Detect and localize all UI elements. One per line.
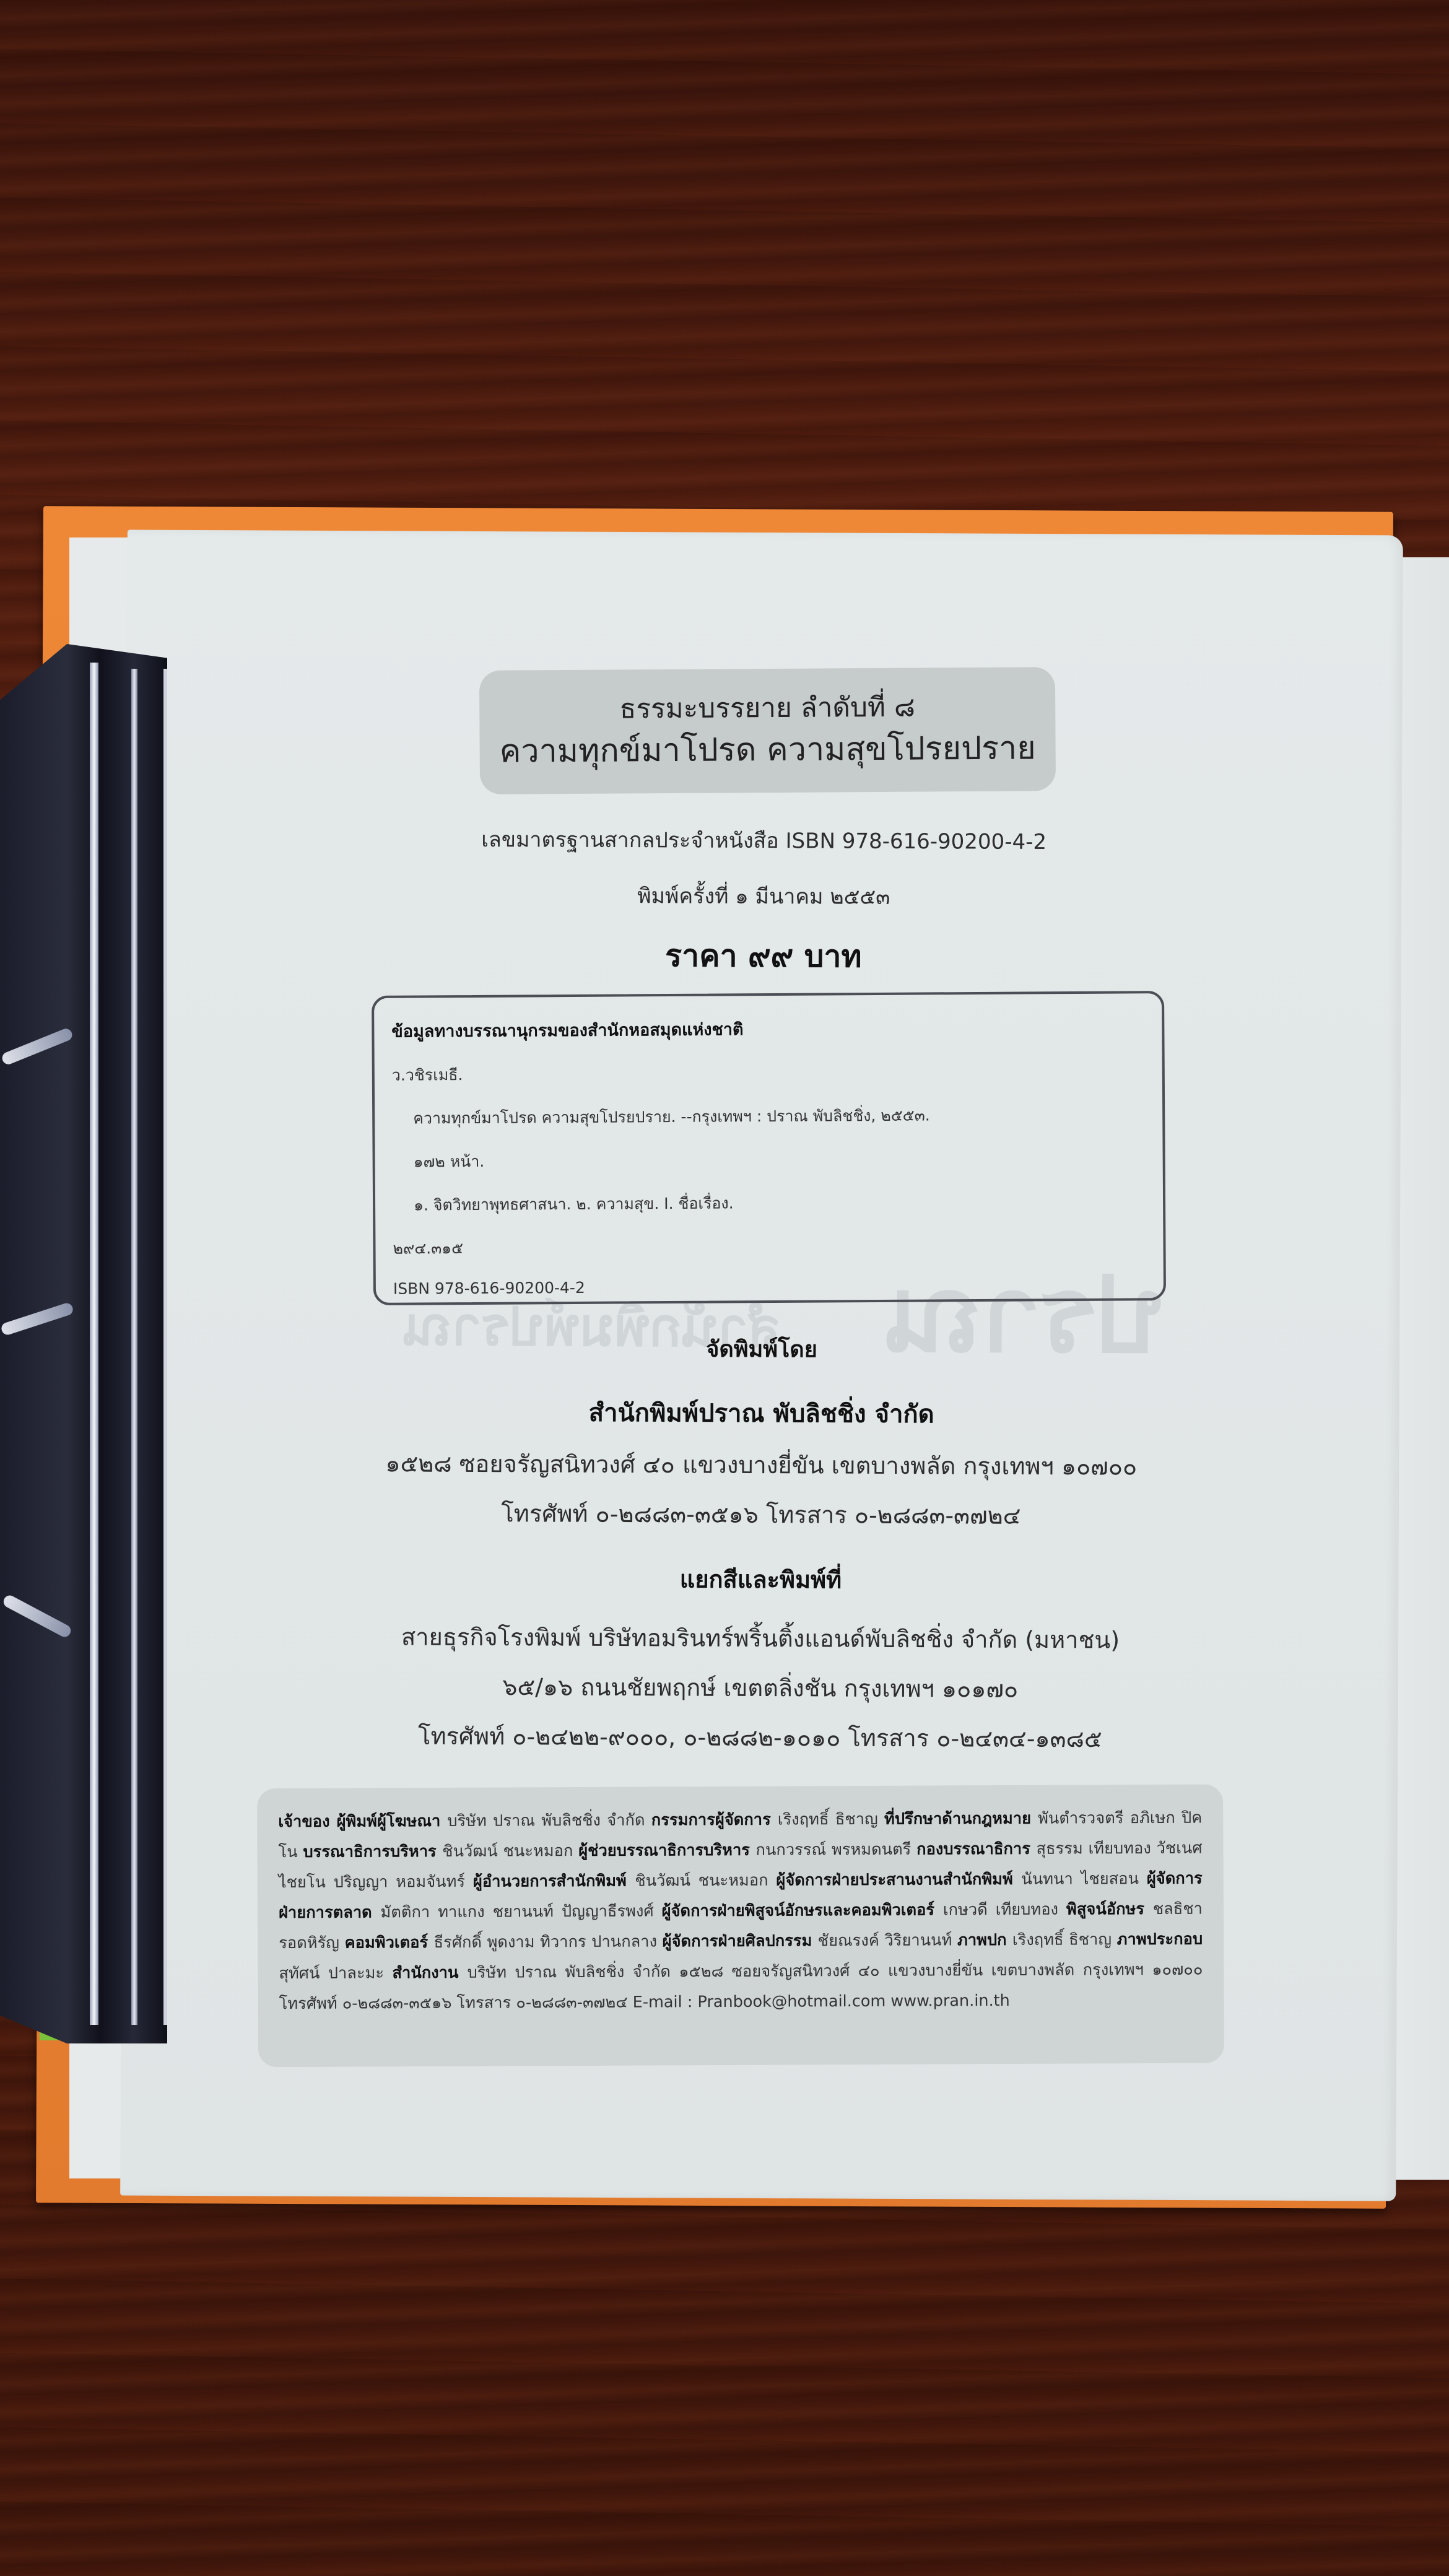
cip-classification: ๒๙๔.๓๑๕	[393, 1232, 1146, 1261]
credit-name: สุทัศน์ ปาละมะ	[279, 1964, 392, 1983]
printer-phone: โทรศัพท์ ๐-๒๔๒๒-๙๐๐๐, ๐-๒๘๘๒-๑๐๑๐ โทรสาร…	[122, 1716, 1398, 1759]
credit-name: มัตติกา ทาแกง ชยานนท์ ปัญญาธีรพงศ์	[380, 1902, 661, 1921]
credit-role: สำนักงาน	[392, 1964, 467, 1983]
cip-isbn: ISBN 978-616-90200-4-2	[393, 1275, 1146, 1297]
credit-name: เริงฤทธิ์ ธิชาญ	[778, 1810, 884, 1829]
book-title: ความทุกข์มาโปรด ความสุขโปรยปราย	[499, 726, 1036, 773]
credits-list: เจ้าของ ผู้พิมพ์ผู้โฆษณา บริษัท ปราณ พับ…	[278, 1809, 1203, 1983]
credit-role: คอมพิวเตอร์	[344, 1933, 433, 1952]
credit-name: ชินวัฒน์ ชนะหมอก	[635, 1871, 776, 1891]
credit-role: เจ้าของ ผู้พิมพ์ผู้โฆษณา	[278, 1812, 447, 1831]
credit-role: บรรณาธิการบริหาร	[303, 1842, 442, 1861]
clip-body	[0, 644, 167, 2043]
credit-role: ภาพประกอบ	[1117, 1930, 1203, 1949]
cip-title: ข้อมูลทางบรรณานุกรมของสำนักหอสมุดแห่งชาต…	[391, 1013, 1144, 1044]
credit-name: นันทนา ไชยสอน	[1021, 1869, 1147, 1889]
credit-name: บริษัท ปราณ พับลิชชิ่ง จำกัด	[447, 1811, 651, 1830]
clip-highlight	[90, 663, 98, 2025]
isbn-line: เลขมาตรฐานสากลประจำหนังสือ ISBN 978-616-…	[126, 821, 1402, 860]
printer-heading: แยกสีและพิมพ์ที่	[123, 1558, 1398, 1601]
credit-name: ธีรศักดิ์ พูดงาม ทิวากร ปานกลาง	[433, 1932, 662, 1952]
printer-address: ๖๕/๑๖ ถนนชัยพฤกษ์ เขตตลิ่งชัน กรุงเทพฯ ๑…	[123, 1666, 1398, 1710]
printer-name: สายธุรกิจโรงพิมพ์ บริษัทอมรินทร์พริ้นติ้…	[123, 1617, 1398, 1660]
series-number: ธรรมะบรรยาย ลำดับที่ ๘	[619, 689, 915, 729]
cip-author: ว.วชิรเมธี.	[392, 1058, 1145, 1087]
credit-name: กนกวรรณ์ พรหมดนตรี	[755, 1840, 916, 1860]
credit-name: บริษัท ปราณ พับลิชชิ่ง จำกัด ๑๕๒๘ ซอยจรั…	[467, 1960, 1203, 1982]
series-title-box: ธรรมะบรรยาย ลำดับที่ ๘ ความทุกข์มาโปรด ค…	[479, 667, 1056, 794]
credit-role: ผู้จัดการฝ่ายประสานงานสำนักพิมพ์	[776, 1870, 1021, 1890]
print-edition-line: พิมพ์ครั้งที่ ๑ มีนาคม ๒๕๕๓	[126, 877, 1401, 916]
credit-name: เกษวดี เทียบทอง	[943, 1900, 1066, 1920]
cip-subjects: ๑. จิตวิทยาพุทธศาสนา. ๒. ความสุข. I. ชื่…	[393, 1188, 1146, 1217]
cip-pages: ๑๗๒ หน้า.	[393, 1145, 1146, 1174]
credit-role: ผู้ช่วยบรรณาธิการบริหาร	[578, 1841, 755, 1860]
price-line: ราคา ๙๙ บาท	[126, 929, 1401, 984]
cip-entry: ความทุกข์มาโปรด ความสุขโปรยปราย. --กรุงเ…	[392, 1102, 1145, 1131]
credit-name: ชินวัฒน์ ชนะหมอก	[442, 1842, 578, 1861]
cip-catalog-box: ข้อมูลทางบรรณานุกรมของสำนักหอสมุดแห่งชาต…	[372, 991, 1166, 1305]
credit-role: ผู้จัดการฝ่ายพิสูจน์อักษรและคอมพิวเตอร์	[662, 1900, 943, 1920]
credit-role: ภาพปก	[957, 1931, 1012, 1949]
credit-role: ผู้จัดการฝ่ายศิลปกรรม	[663, 1931, 818, 1951]
publisher-name: สำนักพิมพ์ปราณ พับลิชชิ่ง จำกัด	[124, 1391, 1399, 1436]
credit-role: กรรมการผู้จัดการ	[651, 1811, 778, 1830]
publisher-phone: โทรศัพท์ ๐-๒๘๘๓-๓๕๑๖ โทรสาร ๐-๒๘๘๓-๓๗๒๔	[123, 1493, 1399, 1536]
credit-role: พิสูจน์อักษร	[1066, 1900, 1153, 1919]
clip-highlight	[163, 669, 167, 2025]
copyright-page: ธรรมะบรรยาย ลำดับที่ ๘ ความทุกข์มาโปรด ค…	[120, 530, 1403, 2201]
publisher-heading: จัดพิมพ์โดย	[124, 1329, 1399, 1370]
credit-name: เริงฤทธิ์ ธิชาญ	[1012, 1930, 1117, 1949]
credit-role: ผู้อำนวยการสำนักพิมพ์	[473, 1872, 635, 1891]
staff-credits-box: เจ้าของ ผู้พิมพ์ผู้โฆษณา บริษัท ปราณ พับ…	[257, 1784, 1224, 2067]
credit-role: ที่ปรึกษาด้านกฎหมาย	[884, 1809, 1038, 1829]
binder-clip	[0, 644, 180, 2043]
clip-highlight	[131, 669, 137, 2025]
publisher-address: ๑๕๒๘ ซอยจรัญสนิทวงศ์ ๔๐ แขวงบางยี่ขัน เข…	[123, 1443, 1399, 1487]
credit-name: ชัยณรงค์ วิริยานนท์	[818, 1931, 957, 1950]
credits-contact: โทรศัพท์ ๐-๒๘๘๓-๓๕๑๖ โทรสาร ๐-๒๘๘๓-๓๗๒๔ …	[279, 1991, 1010, 2013]
credit-role: กองบรรณาธิการ	[916, 1840, 1036, 1859]
